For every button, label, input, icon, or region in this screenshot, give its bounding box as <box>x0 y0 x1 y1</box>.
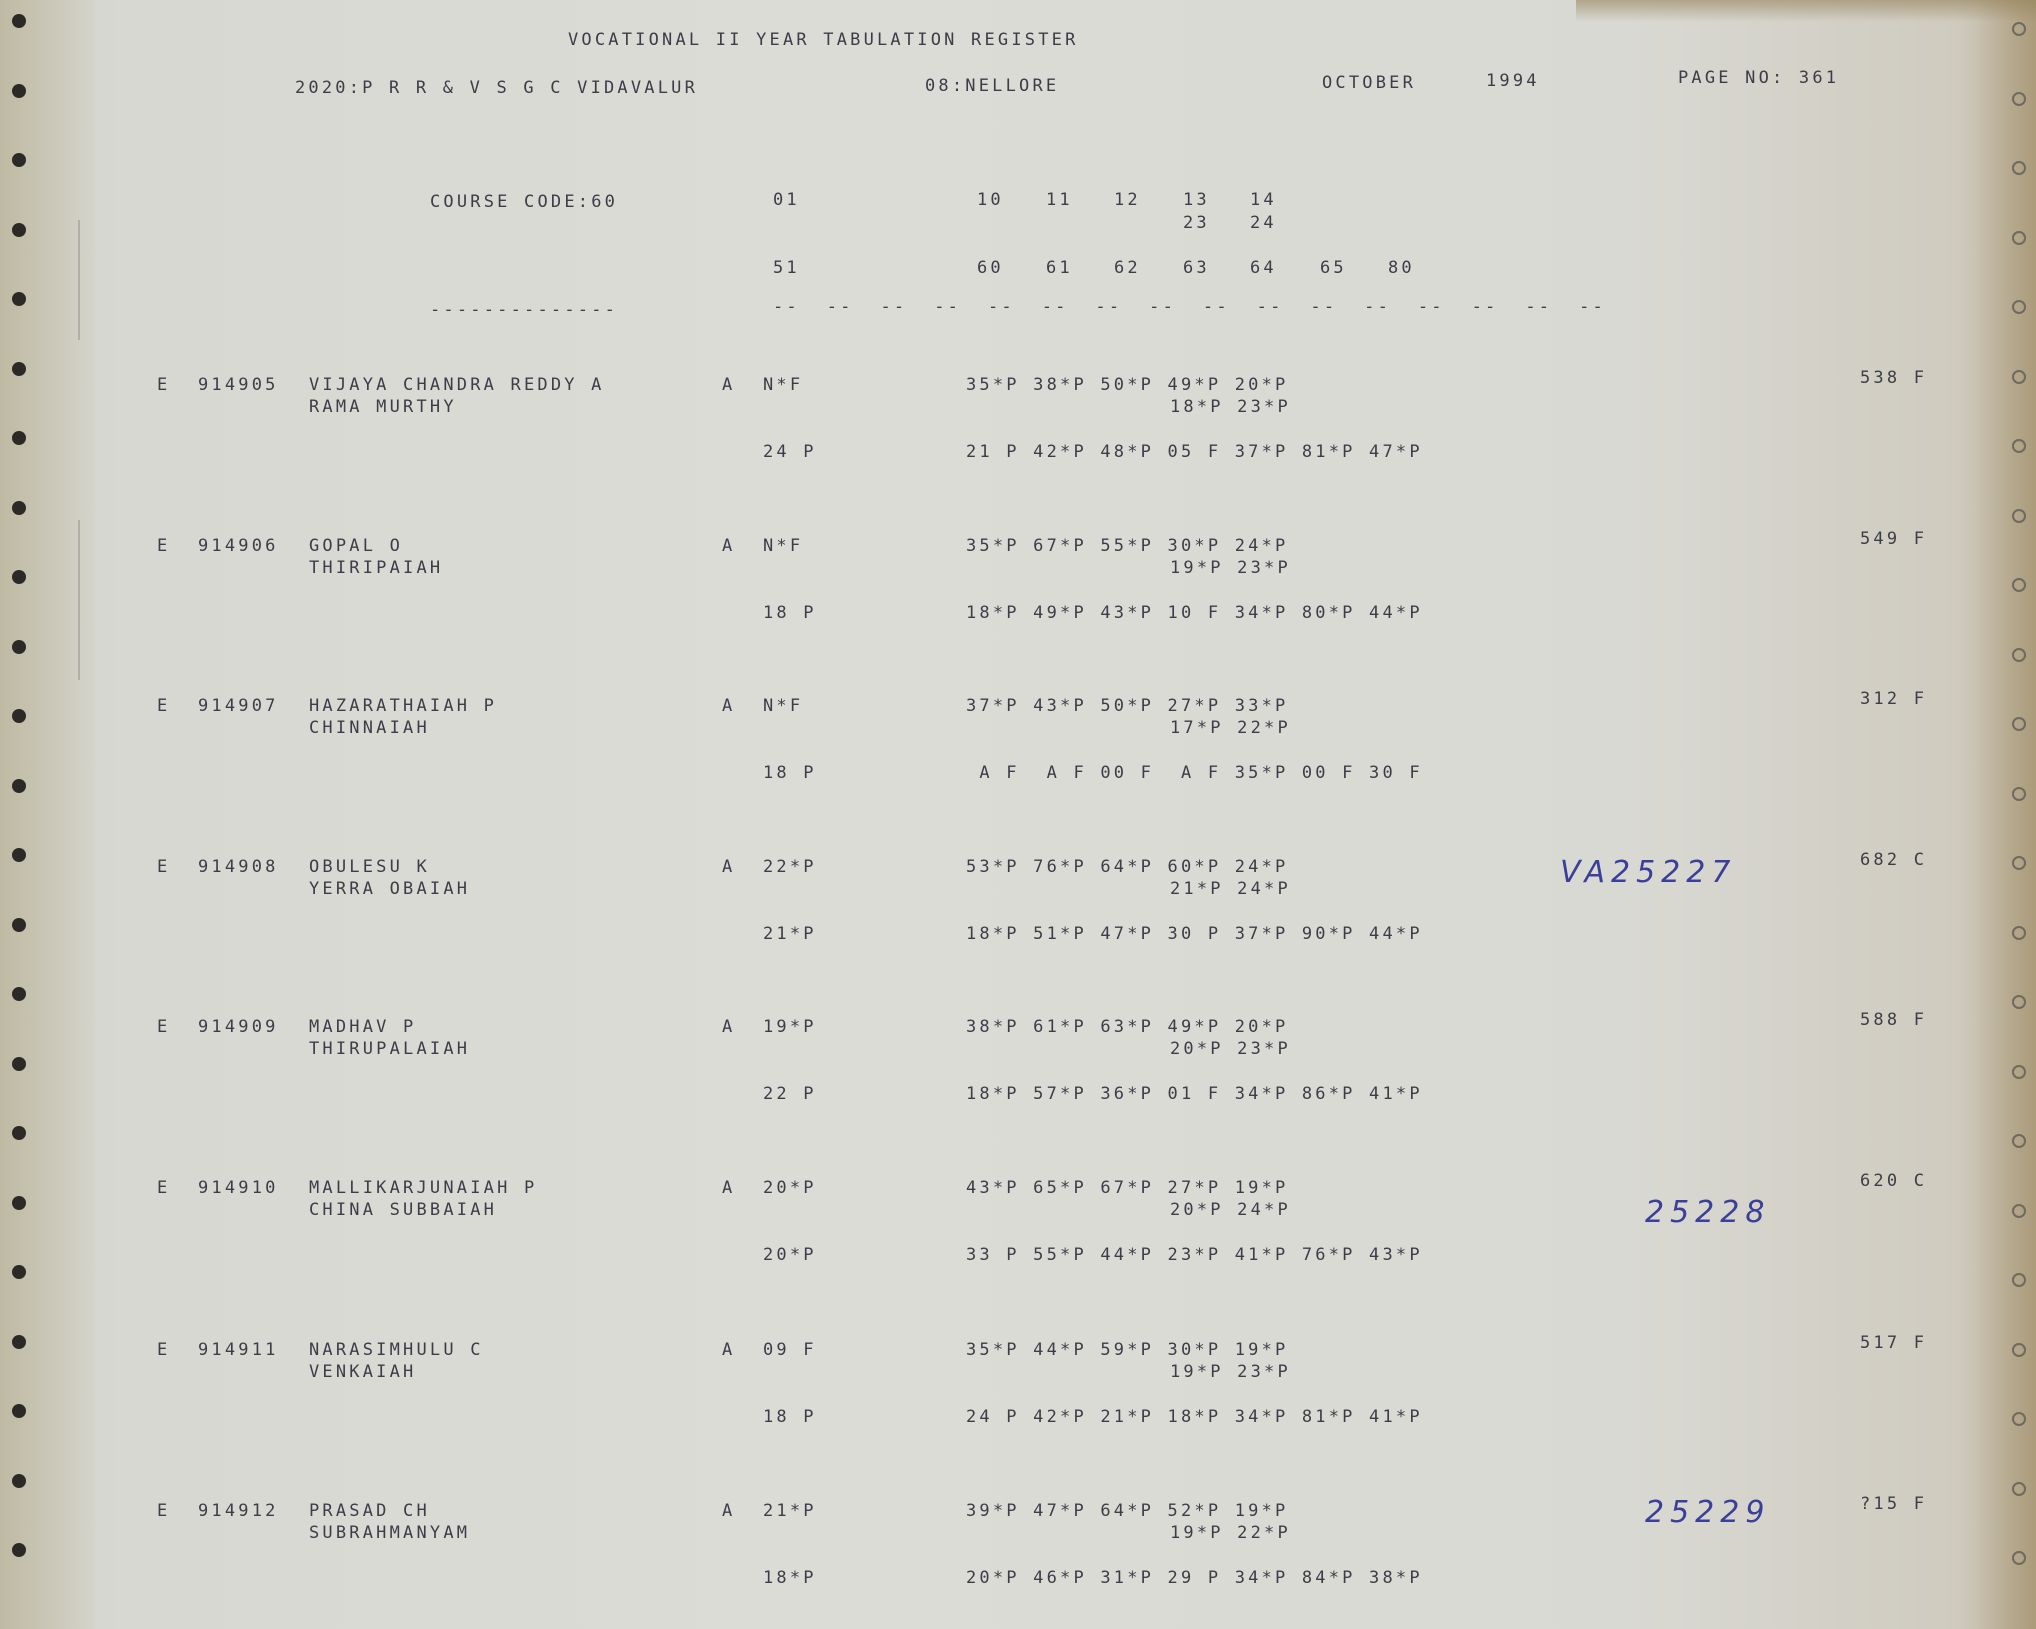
total-result: ?15 F <box>1860 1494 1927 1514</box>
subject-code-header: 01 <box>773 190 800 210</box>
feed-hole-icon <box>2012 231 2026 245</box>
part2-marks: 18*P <box>763 1568 817 1588</box>
subject-marks-row1: 35*P 67*P 55*P 30*P 24*P <box>966 536 1288 556</box>
feed-hole-icon <box>2012 1551 2026 1565</box>
subject-marks-row2: 21 P 42*P 48*P 05 F 37*P 81*P 47*P <box>966 442 1423 462</box>
record-type: E <box>157 696 170 716</box>
feed-hole-icon <box>12 1543 26 1557</box>
subject-marks-row1b: 19*P 23*P <box>1170 1362 1291 1382</box>
subject-marks-row2: 18*P 51*P 47*P 30 P 37*P 90*P 44*P <box>966 924 1423 944</box>
parent-name: THIRIPAIAH <box>309 558 443 578</box>
total-result: 682 C <box>1860 850 1927 870</box>
subject-marks-row2: 20*P 46*P 31*P 29 P 34*P 84*P 38*P <box>966 1568 1423 1588</box>
exam-year: 1994 <box>1486 71 1540 91</box>
subject-code-header: 51 <box>773 258 800 278</box>
subject-marks-row2: 18*P 57*P 36*P 01 F 34*P 86*P 41*P <box>966 1084 1423 1104</box>
handwritten-annotation: VA25227 <box>1560 855 1736 890</box>
feed-hole-icon <box>12 1335 26 1349</box>
parent-name: CHINA SUBBAIAH <box>309 1200 497 1220</box>
total-result: 620 C <box>1860 1171 1927 1191</box>
feed-hole-icon <box>12 1265 26 1279</box>
student-name: MALLIKARJUNAIAH P <box>309 1178 537 1198</box>
hall-ticket-number: 914906 <box>198 536 279 556</box>
feed-hole-icon <box>2012 787 2026 801</box>
subject-marks-row1b: 18*P 23*P <box>1170 397 1291 417</box>
feed-hole-icon <box>12 570 26 584</box>
subject-marks-row1b: 21*P 24*P <box>1170 879 1291 899</box>
feed-hole-icon <box>2012 92 2026 106</box>
student-name: MADHAV P <box>309 1017 416 1037</box>
student-name: NARASIMHULU C <box>309 1340 484 1360</box>
subject-marks-row2: 24 P 42*P 21*P 18*P 34*P 81*P 41*P <box>966 1407 1423 1427</box>
parent-name: THIRUPALAIAH <box>309 1039 470 1059</box>
page-number: PAGE NO: 361 <box>1678 68 1839 88</box>
separator-columns: -- -- -- -- -- -- -- -- -- -- -- -- -- -… <box>773 297 1606 317</box>
part1-marks: N*F <box>763 696 803 716</box>
handwritten-annotation: 25229 <box>1645 1495 1770 1530</box>
feed-hole-icon <box>12 292 26 306</box>
feed-hole-icon <box>12 84 26 98</box>
subject-marks-row1: 37*P 43*P 50*P 27*P 33*P <box>966 696 1288 716</box>
subject-code-header: 80 <box>1388 258 1415 278</box>
paper-stain-right <box>1976 0 2036 1629</box>
student-name: VIJAYA CHANDRA REDDY A <box>309 375 605 395</box>
parent-name: RAMA MURTHY <box>309 397 457 417</box>
total-result: 549 F <box>1860 529 1927 549</box>
subject-marks-row1: 39*P 47*P 64*P 52*P 19*P <box>966 1501 1288 1521</box>
subject-code-header: 61 <box>1046 258 1073 278</box>
part1-marks: N*F <box>763 536 803 556</box>
hall-ticket-number: 914911 <box>198 1340 279 1360</box>
feed-hole-icon <box>12 501 26 515</box>
feed-hole-icon <box>2012 161 2026 175</box>
subject-code-header: 60 <box>977 258 1004 278</box>
parent-name: VENKAIAH <box>309 1362 416 1382</box>
feed-hole-icon <box>12 987 26 1001</box>
handwritten-annotation: 25228 <box>1645 1195 1770 1230</box>
feed-hole-icon <box>12 1196 26 1210</box>
feed-hole-icon <box>2012 1204 2026 1218</box>
parent-name: CHINNAIAH <box>309 718 430 738</box>
subject-code-header: 24 <box>1250 213 1277 233</box>
feed-hole-icon <box>2012 1412 2026 1426</box>
feed-hole-icon <box>2012 1065 2026 1079</box>
feed-hole-icon <box>2012 509 2026 523</box>
attendance-flag: A <box>722 375 735 395</box>
subject-code-header: 65 <box>1320 258 1347 278</box>
attendance-flag: A <box>722 696 735 716</box>
student-name: GOPAL O <box>309 536 403 556</box>
record-type: E <box>157 1340 170 1360</box>
student-name: HAZARATHAIAH P <box>309 696 497 716</box>
feed-hole-icon <box>2012 1134 2026 1148</box>
subject-marks-row1: 43*P 65*P 67*P 27*P 19*P <box>966 1178 1288 1198</box>
part1-marks: 19*P <box>763 1017 817 1037</box>
hall-ticket-number: 914912 <box>198 1501 279 1521</box>
hall-ticket-number: 914907 <box>198 696 279 716</box>
hall-ticket-number: 914905 <box>198 375 279 395</box>
subject-marks-row1b: 19*P 22*P <box>1170 1523 1291 1543</box>
feed-hole-icon <box>12 1474 26 1488</box>
feed-hole-icon <box>2012 1482 2026 1496</box>
hall-ticket-number: 914910 <box>198 1178 279 1198</box>
attendance-flag: A <box>722 1017 735 1037</box>
subject-marks-row1: 35*P 38*P 50*P 49*P 20*P <box>966 375 1288 395</box>
record-type: E <box>157 1178 170 1198</box>
subject-code-header: 64 <box>1250 258 1277 278</box>
record-type: E <box>157 1017 170 1037</box>
part2-marks: 24 P <box>763 442 817 462</box>
subject-code-header: 11 <box>1046 190 1073 210</box>
subject-code-header: 63 <box>1183 258 1210 278</box>
feed-hole-icon <box>12 431 26 445</box>
subject-code-header: 62 <box>1114 258 1141 278</box>
feed-hole-icon <box>2012 648 2026 662</box>
subject-marks-row1b: 20*P 23*P <box>1170 1039 1291 1059</box>
subject-marks-row2: A F A F 00 F A F 35*P 00 F 30 F <box>966 763 1423 783</box>
feed-hole-icon <box>12 153 26 167</box>
feed-hole-icon <box>12 918 26 932</box>
feed-hole-icon <box>2012 370 2026 384</box>
feed-hole-icon <box>12 362 26 376</box>
total-result: 312 F <box>1860 689 1927 709</box>
part1-marks: 21*P <box>763 1501 817 1521</box>
part1-marks: 22*P <box>763 857 817 877</box>
feed-hole-icon <box>2012 439 2026 453</box>
paper-crease <box>78 520 80 680</box>
feed-hole-icon <box>2012 926 2026 940</box>
part2-marks: 20*P <box>763 1245 817 1265</box>
hall-ticket-number: 914909 <box>198 1017 279 1037</box>
feed-hole-icon <box>2012 1273 2026 1287</box>
part1-marks: 09 F <box>763 1340 817 1360</box>
part2-marks: 18 P <box>763 1407 817 1427</box>
attendance-flag: A <box>722 1178 735 1198</box>
subject-code-header: 13 <box>1183 190 1210 210</box>
feed-hole-icon <box>12 1404 26 1418</box>
tabulation-register-sheet: VOCATIONAL II YEAR TABULATION REGISTER 2… <box>0 0 2036 1629</box>
record-type: E <box>157 375 170 395</box>
district-code: 08:NELLORE <box>925 76 1059 96</box>
feed-hole-icon <box>12 1057 26 1071</box>
subject-code-header: 10 <box>977 190 1004 210</box>
feed-hole-icon <box>12 223 26 237</box>
subject-marks-row1b: 17*P 22*P <box>1170 718 1291 738</box>
total-result: 588 F <box>1860 1010 1927 1030</box>
feed-hole-icon <box>12 14 26 28</box>
paper-crease <box>78 220 80 340</box>
part1-marks: 20*P <box>763 1178 817 1198</box>
part2-marks: 18 P <box>763 603 817 623</box>
feed-hole-icon <box>2012 300 2026 314</box>
feed-hole-icon <box>12 640 26 654</box>
record-type: E <box>157 536 170 556</box>
student-name: PRASAD CH <box>309 1501 430 1521</box>
part2-marks: 22 P <box>763 1084 817 1104</box>
part1-marks: N*F <box>763 375 803 395</box>
subject-marks-row1: 38*P 61*P 63*P 49*P 20*P <box>966 1017 1288 1037</box>
total-result: 538 F <box>1860 368 1927 388</box>
subject-code-header: 23 <box>1183 213 1210 233</box>
parent-name: YERRA OBAIAH <box>309 879 470 899</box>
register-title: VOCATIONAL II YEAR TABULATION REGISTER <box>568 30 1079 50</box>
part2-marks: 18 P <box>763 763 817 783</box>
subject-marks-row1b: 20*P 24*P <box>1170 1200 1291 1220</box>
college-code: 2020:P R R & V S G C VIDAVALUR <box>295 78 698 98</box>
exam-month: OCTOBER <box>1322 73 1416 93</box>
subject-code-header: 14 <box>1250 190 1277 210</box>
feed-hole-icon <box>2012 717 2026 731</box>
subject-marks-row1: 35*P 44*P 59*P 30*P 19*P <box>966 1340 1288 1360</box>
attendance-flag: A <box>722 536 735 556</box>
record-type: E <box>157 1501 170 1521</box>
part2-marks: 21*P <box>763 924 817 944</box>
subject-marks-row2: 18*P 49*P 43*P 10 F 34*P 80*P 44*P <box>966 603 1423 623</box>
subject-marks-row1b: 19*P 23*P <box>1170 558 1291 578</box>
student-name: OBULESU K <box>309 857 430 877</box>
feed-hole-icon <box>12 1126 26 1140</box>
attendance-flag: A <box>722 1501 735 1521</box>
parent-name: SUBRAHMANYAM <box>309 1523 470 1543</box>
feed-hole-icon <box>12 709 26 723</box>
feed-hole-icon <box>2012 1343 2026 1357</box>
subject-code-header: 12 <box>1114 190 1141 210</box>
separator-main: -------------- <box>430 300 618 320</box>
attendance-flag: A <box>722 1340 735 1360</box>
total-result: 517 F <box>1860 1333 1927 1353</box>
feed-hole-icon <box>2012 995 2026 1009</box>
feed-hole-icon <box>2012 22 2026 36</box>
subject-marks-row2: 33 P 55*P 44*P 23*P 41*P 76*P 43*P <box>966 1245 1423 1265</box>
hall-ticket-number: 914908 <box>198 857 279 877</box>
paper-stain-left <box>0 0 95 1629</box>
feed-hole-icon <box>12 848 26 862</box>
course-code: COURSE CODE:60 <box>430 192 618 212</box>
record-type: E <box>157 857 170 877</box>
feed-hole-icon <box>2012 578 2026 592</box>
subject-marks-row1: 53*P 76*P 64*P 60*P 24*P <box>966 857 1288 877</box>
attendance-flag: A <box>722 857 735 877</box>
feed-hole-icon <box>2012 856 2026 870</box>
feed-hole-icon <box>12 779 26 793</box>
paper-stain-top <box>1576 0 2036 22</box>
